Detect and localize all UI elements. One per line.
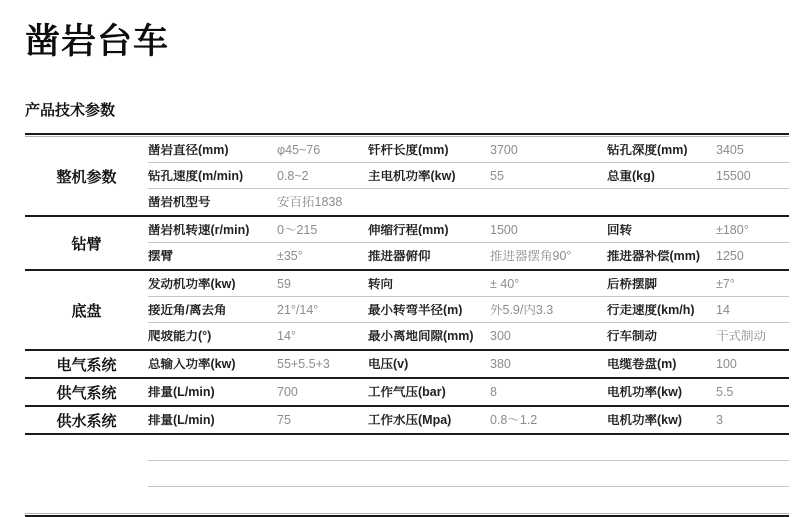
- param-value: 安百拓1838: [277, 196, 368, 209]
- param-label: 钻孔深度(mm): [607, 144, 716, 157]
- param-label: 总重(kg): [607, 170, 716, 183]
- param-value: 59: [277, 278, 368, 291]
- param-label: 凿岩直径(mm): [148, 144, 277, 157]
- param-value: 300: [490, 330, 607, 343]
- param-value: 380: [490, 358, 607, 371]
- table-row: 爬坡能力(°)14°最小离地间隙(mm)300行车制动干式制动: [148, 323, 789, 349]
- param-label: 排量(L/min): [148, 386, 277, 399]
- table-group: 电气系统总输入功率(kw)55+5.5+3电压(v)380电缆卷盘(m)100: [25, 349, 789, 377]
- param-label: 凿岩机转速(r/min): [148, 224, 277, 237]
- param-label: 工作水压(Mpa): [368, 414, 490, 427]
- table-row: 钻孔速度(m/min)0.8~2主电机功率(kw)55总重(kg)15500: [148, 163, 789, 189]
- table-row: 排量(L/min)700工作气压(bar)8电机功率(kw)5.5: [148, 379, 789, 405]
- param-value: 0.8~2: [277, 170, 368, 183]
- group-rows: [148, 435, 789, 513]
- param-value: 75: [277, 414, 368, 427]
- param-value: 100: [716, 358, 789, 371]
- table-row: 排量(L/min)75工作水压(Mpa)0.8～1.2电机功率(kw)3: [148, 407, 789, 433]
- param-value: 55: [490, 170, 607, 183]
- param-value: 3: [716, 414, 789, 427]
- param-value: 0.8～1.2: [490, 414, 607, 427]
- param-value: 21°/14°: [277, 304, 368, 317]
- param-label: 推进器补偿(mm): [607, 250, 716, 263]
- group-rows: 凿岩直径(mm)φ45~76钎杆长度(mm)3700钻孔深度(mm)3405钻孔…: [148, 137, 789, 215]
- param-label: 行走速度(km/h): [607, 304, 716, 317]
- group-rows: 总输入功率(kw)55+5.5+3电压(v)380电缆卷盘(m)100: [148, 351, 789, 377]
- table-group: 供水系统排量(L/min)75工作水压(Mpa)0.8～1.2电机功率(kw)3: [25, 405, 789, 433]
- group-rows: 发动机功率(kw)59转向± 40°后桥摆脚±7°接近角/离去角21°/14°最…: [148, 271, 789, 349]
- group-label: 钻臂: [25, 217, 148, 269]
- param-label: 钎杆长度(mm): [368, 144, 490, 157]
- param-value: φ45~76: [277, 144, 368, 157]
- param-label: 摆臂: [148, 250, 277, 263]
- group-label: 供气系统: [25, 379, 148, 405]
- param-value: 0～215: [277, 224, 368, 237]
- param-value: ±7°: [716, 278, 789, 291]
- table-group: 供气系统排量(L/min)700工作气压(bar)8电机功率(kw)5.5: [25, 377, 789, 405]
- param-value: ± 40°: [490, 278, 607, 291]
- param-value: 15500: [716, 170, 789, 183]
- param-label: 电机功率(kw): [607, 414, 716, 427]
- param-label: 转向: [368, 278, 490, 291]
- table-row: [148, 435, 789, 461]
- param-value: 5.5: [716, 386, 789, 399]
- param-label: 后桥摆脚: [607, 278, 716, 291]
- param-label: 爬坡能力(°): [148, 330, 277, 343]
- table-group: 钻臂凿岩机转速(r/min)0～215伸缩行程(mm)1500回转±180°摆臂…: [25, 215, 789, 269]
- group-label: 电气系统: [25, 351, 148, 377]
- param-value: 55+5.5+3: [277, 358, 368, 371]
- table-row: 凿岩机转速(r/min)0～215伸缩行程(mm)1500回转±180°: [148, 217, 789, 243]
- param-value: 3700: [490, 144, 607, 157]
- group-label: 供水系统: [25, 407, 148, 433]
- param-label: 回转: [607, 224, 716, 237]
- table-row: 总输入功率(kw)55+5.5+3电压(v)380电缆卷盘(m)100: [148, 351, 789, 377]
- group-rows: 排量(L/min)75工作水压(Mpa)0.8～1.2电机功率(kw)3: [148, 407, 789, 433]
- group-label: [25, 435, 148, 513]
- param-value: 3405: [716, 144, 789, 157]
- group-rows: 排量(L/min)700工作气压(bar)8电机功率(kw)5.5: [148, 379, 789, 405]
- param-value: 外5.9/内3.3: [490, 304, 607, 317]
- param-value: 推进器摆角90°: [490, 250, 607, 263]
- param-label: 电缆卷盘(m): [607, 358, 716, 371]
- param-label: 接近角/离去角: [148, 304, 277, 317]
- param-value: 1500: [490, 224, 607, 237]
- param-value: 干式制动: [716, 330, 789, 343]
- table-group: 底盘发动机功率(kw)59转向± 40°后桥摆脚±7°接近角/离去角21°/14…: [25, 269, 789, 349]
- param-label: 电压(v): [368, 358, 490, 371]
- param-label: 最小转弯半径(m): [368, 304, 490, 317]
- group-rows: 凿岩机转速(r/min)0～215伸缩行程(mm)1500回转±180°摆臂±3…: [148, 217, 789, 269]
- param-label: 排量(L/min): [148, 414, 277, 427]
- param-value: ±180°: [716, 224, 789, 237]
- param-value: 14: [716, 304, 789, 317]
- param-label: 工作气压(bar): [368, 386, 490, 399]
- table-row: 发动机功率(kw)59转向± 40°后桥摆脚±7°: [148, 271, 789, 297]
- param-value: ±35°: [277, 250, 368, 263]
- param-value: 8: [490, 386, 607, 399]
- param-label: 总输入功率(kw): [148, 358, 277, 371]
- group-label: 整机参数: [25, 137, 148, 215]
- param-label: 电机功率(kw): [607, 386, 716, 399]
- param-label: 最小离地间隙(mm): [368, 330, 490, 343]
- page-title: 凿岩台车: [25, 22, 789, 62]
- param-label: 伸缩行程(mm): [368, 224, 490, 237]
- param-label: 凿岩机型号: [148, 196, 277, 209]
- section-title: 产品技术参数: [25, 99, 789, 120]
- table-row: 凿岩机型号安百拓1838: [148, 189, 789, 215]
- table-row: 接近角/离去角21°/14°最小转弯半径(m)外5.9/内3.3行走速度(km/…: [148, 297, 789, 323]
- param-label: 推进器俯仰: [368, 250, 490, 263]
- param-value: 700: [277, 386, 368, 399]
- param-value: 1250: [716, 250, 789, 263]
- table-group: 整机参数凿岩直径(mm)φ45~76钎杆长度(mm)3700钻孔深度(mm)34…: [25, 137, 789, 215]
- table-row: 凿岩直径(mm)φ45~76钎杆长度(mm)3700钻孔深度(mm)3405: [148, 137, 789, 163]
- table-row: [148, 461, 789, 487]
- table-row: [148, 487, 789, 513]
- group-label: 底盘: [25, 271, 148, 349]
- param-label: 发动机功率(kw): [148, 278, 277, 291]
- param-label: 行车制动: [607, 330, 716, 343]
- page: 凿岩台车 产品技术参数 整机参数凿岩直径(mm)φ45~76钎杆长度(mm)37…: [0, 22, 800, 517]
- table-group: [25, 433, 789, 513]
- param-label: 主电机功率(kw): [368, 170, 490, 183]
- table-row: 摆臂±35°推进器俯仰推进器摆角90°推进器补偿(mm)1250: [148, 243, 789, 269]
- param-value: 14°: [277, 330, 368, 343]
- spec-table: 整机参数凿岩直径(mm)φ45~76钎杆长度(mm)3700钻孔深度(mm)34…: [25, 133, 789, 517]
- param-label: 钻孔速度(m/min): [148, 170, 277, 183]
